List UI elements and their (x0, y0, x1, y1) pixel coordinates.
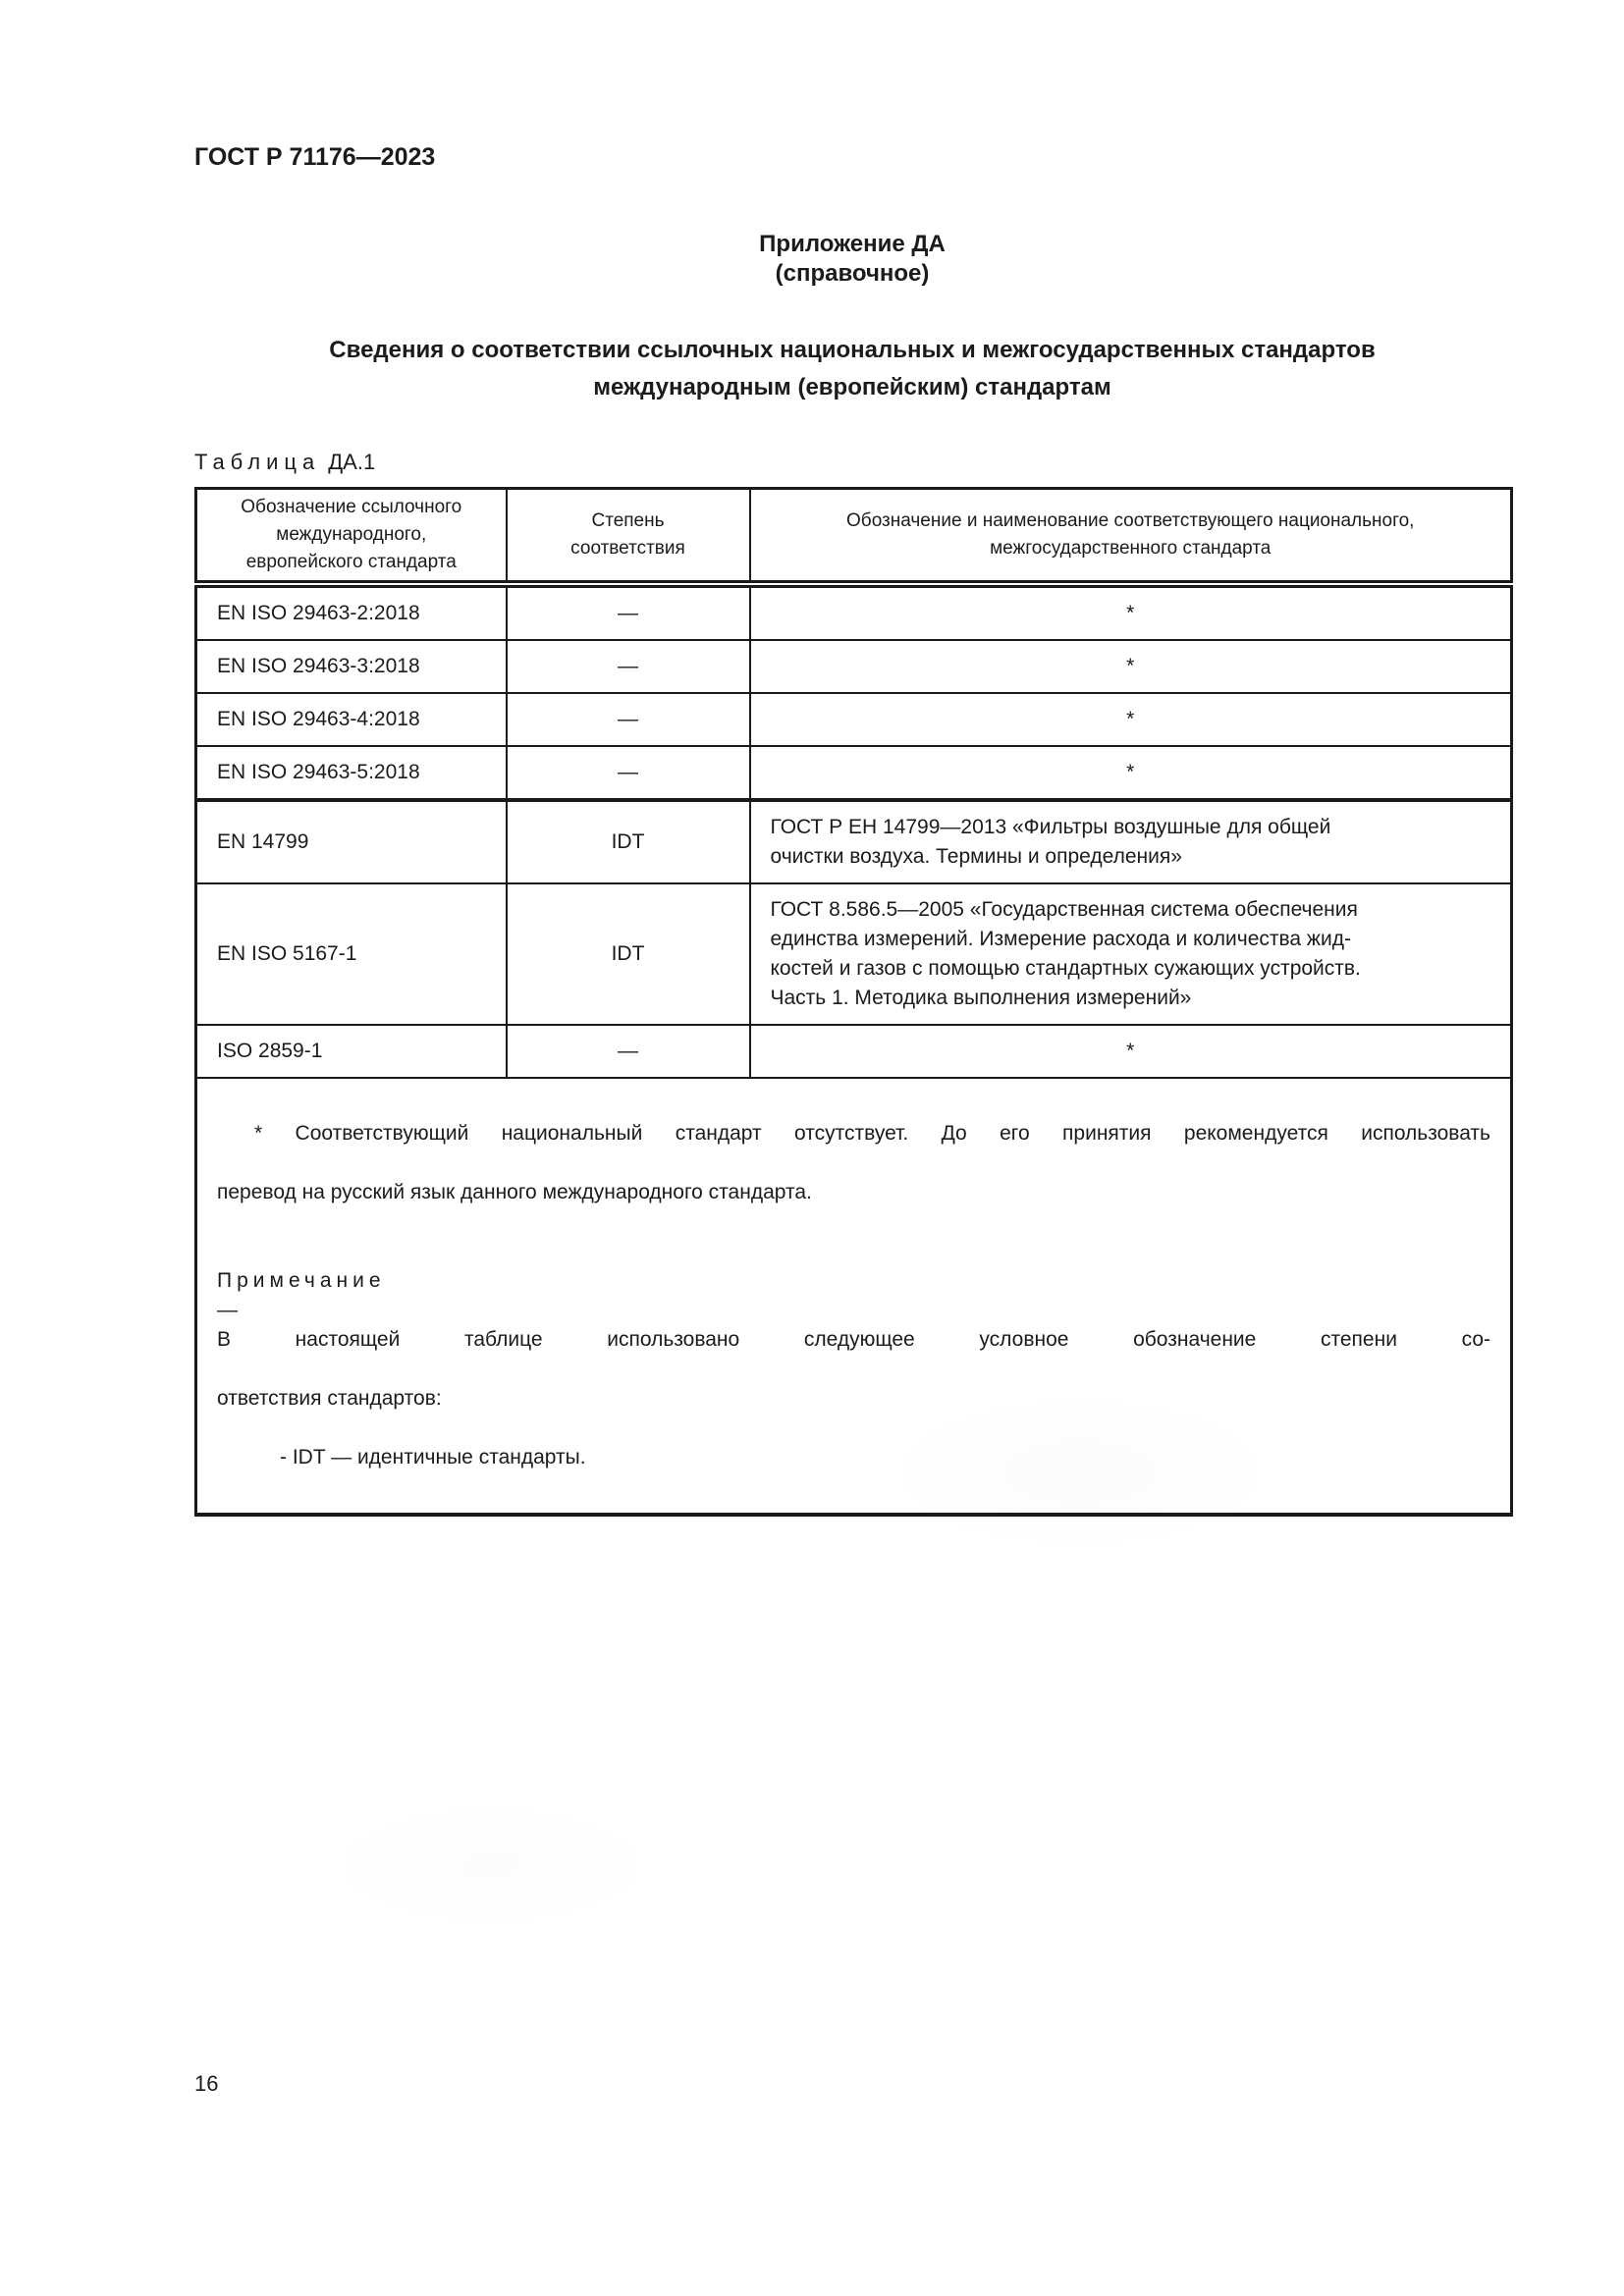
table-body: EN ISO 29463-2:2018 — * EN ISO 29463-3:2… (196, 584, 1512, 1515)
column-header-degree: Степень соответствия (507, 489, 750, 585)
reference-standard-cell: EN ISO 29463-3:2018 (196, 640, 507, 693)
footnote-note-text: В настоящей таблице использовано следующ… (217, 1328, 1490, 1351)
footnote-line: - IDT — идентичные стандарты. (217, 1443, 1490, 1472)
footnote-note-label: Примечание (217, 1269, 386, 1292)
appendix-label: Приложение ДА (194, 230, 1510, 259)
appendix-title: Сведения о соответствии ссылочных национ… (194, 332, 1510, 406)
correspondence-table: Обозначение ссылочного международного, е… (194, 487, 1513, 1517)
footnote-line: * Соответствующий национальный стандарт … (217, 1119, 1490, 1148)
reference-standard-cell: EN ISO 29463-2:2018 (196, 584, 507, 640)
degree-cell: — (507, 584, 750, 640)
national-standard-cell: * (750, 640, 1512, 693)
table-header: Обозначение ссылочного международного, е… (196, 489, 1512, 585)
reference-standard-cell: EN ISO 5167-1 (196, 883, 507, 1025)
degree-cell: IDT (507, 883, 750, 1025)
table-caption-word: Таблица (194, 450, 320, 474)
degree-cell: — (507, 693, 750, 746)
degree-cell: — (507, 746, 750, 800)
table-footnote: * Соответствующий национальный стандарт … (196, 1078, 1512, 1515)
document-number: ГОСТ Р 71176—2023 (194, 143, 1510, 171)
degree-cell: — (507, 1025, 750, 1078)
national-standard-cell: * (750, 1025, 1512, 1078)
page-number: 16 (194, 2071, 218, 2097)
table-row: EN ISO 5167-1 IDT ГОСТ 8.586.5—2005 «Гос… (196, 883, 1512, 1025)
degree-cell: — (507, 640, 750, 693)
national-standard-cell: * (750, 746, 1512, 800)
table-row: ISO 2859-1 — * (196, 1025, 1512, 1078)
table-row: EN ISO 29463-3:2018 — * (196, 640, 1512, 693)
national-standard-cell: * (750, 693, 1512, 746)
reference-standard-cell: EN ISO 29463-5:2018 (196, 746, 507, 800)
national-standard-cell: * (750, 584, 1512, 640)
table-caption-number: ДА.1 (328, 450, 375, 474)
table-row: EN ISO 29463-4:2018 — * (196, 693, 1512, 746)
national-standard-cell: ГОСТ 8.586.5—2005 «Государственная систе… (750, 883, 1512, 1025)
column-header-national-standard: Обозначение и наименование соответствующ… (750, 489, 1512, 585)
degree-cell: IDT (507, 800, 750, 883)
table-row: EN ISO 29463-2:2018 — * (196, 584, 1512, 640)
appendix-type: (справочное) (194, 259, 1510, 289)
table-row: EN ISO 29463-5:2018 — * (196, 746, 1512, 800)
table-header-row: Обозначение ссылочного международного, е… (196, 489, 1512, 585)
footnote-note-line: Примечание — В настоящей таблице использ… (217, 1237, 1490, 1355)
document-page: ГОСТ Р 71176—2023 Приложение ДА (справоч… (0, 0, 1624, 2296)
national-standard-cell: ГОСТ Р ЕН 14799—2013 «Фильтры воздушные … (750, 800, 1512, 883)
footnote-note-dash: — (217, 1299, 238, 1321)
page-content: ГОСТ Р 71176—2023 Приложение ДА (справоч… (194, 0, 1510, 1517)
column-header-reference-standard: Обозначение ссылочного международного, е… (196, 489, 507, 585)
table-footnote-row: * Соответствующий национальный стандарт … (196, 1078, 1512, 1515)
reference-standard-cell: EN 14799 (196, 800, 507, 883)
reference-standard-cell: ISO 2859-1 (196, 1025, 507, 1078)
table-row: EN 14799 IDT ГОСТ Р ЕН 14799—2013 «Фильт… (196, 800, 1512, 883)
footnote-line: ответствия стандартов: (217, 1384, 1490, 1414)
footnote-line: перевод на русский язык данного междунар… (217, 1178, 1490, 1207)
reference-standard-cell: EN ISO 29463-4:2018 (196, 693, 507, 746)
table-caption: ТаблицаДА.1 (194, 450, 1510, 475)
